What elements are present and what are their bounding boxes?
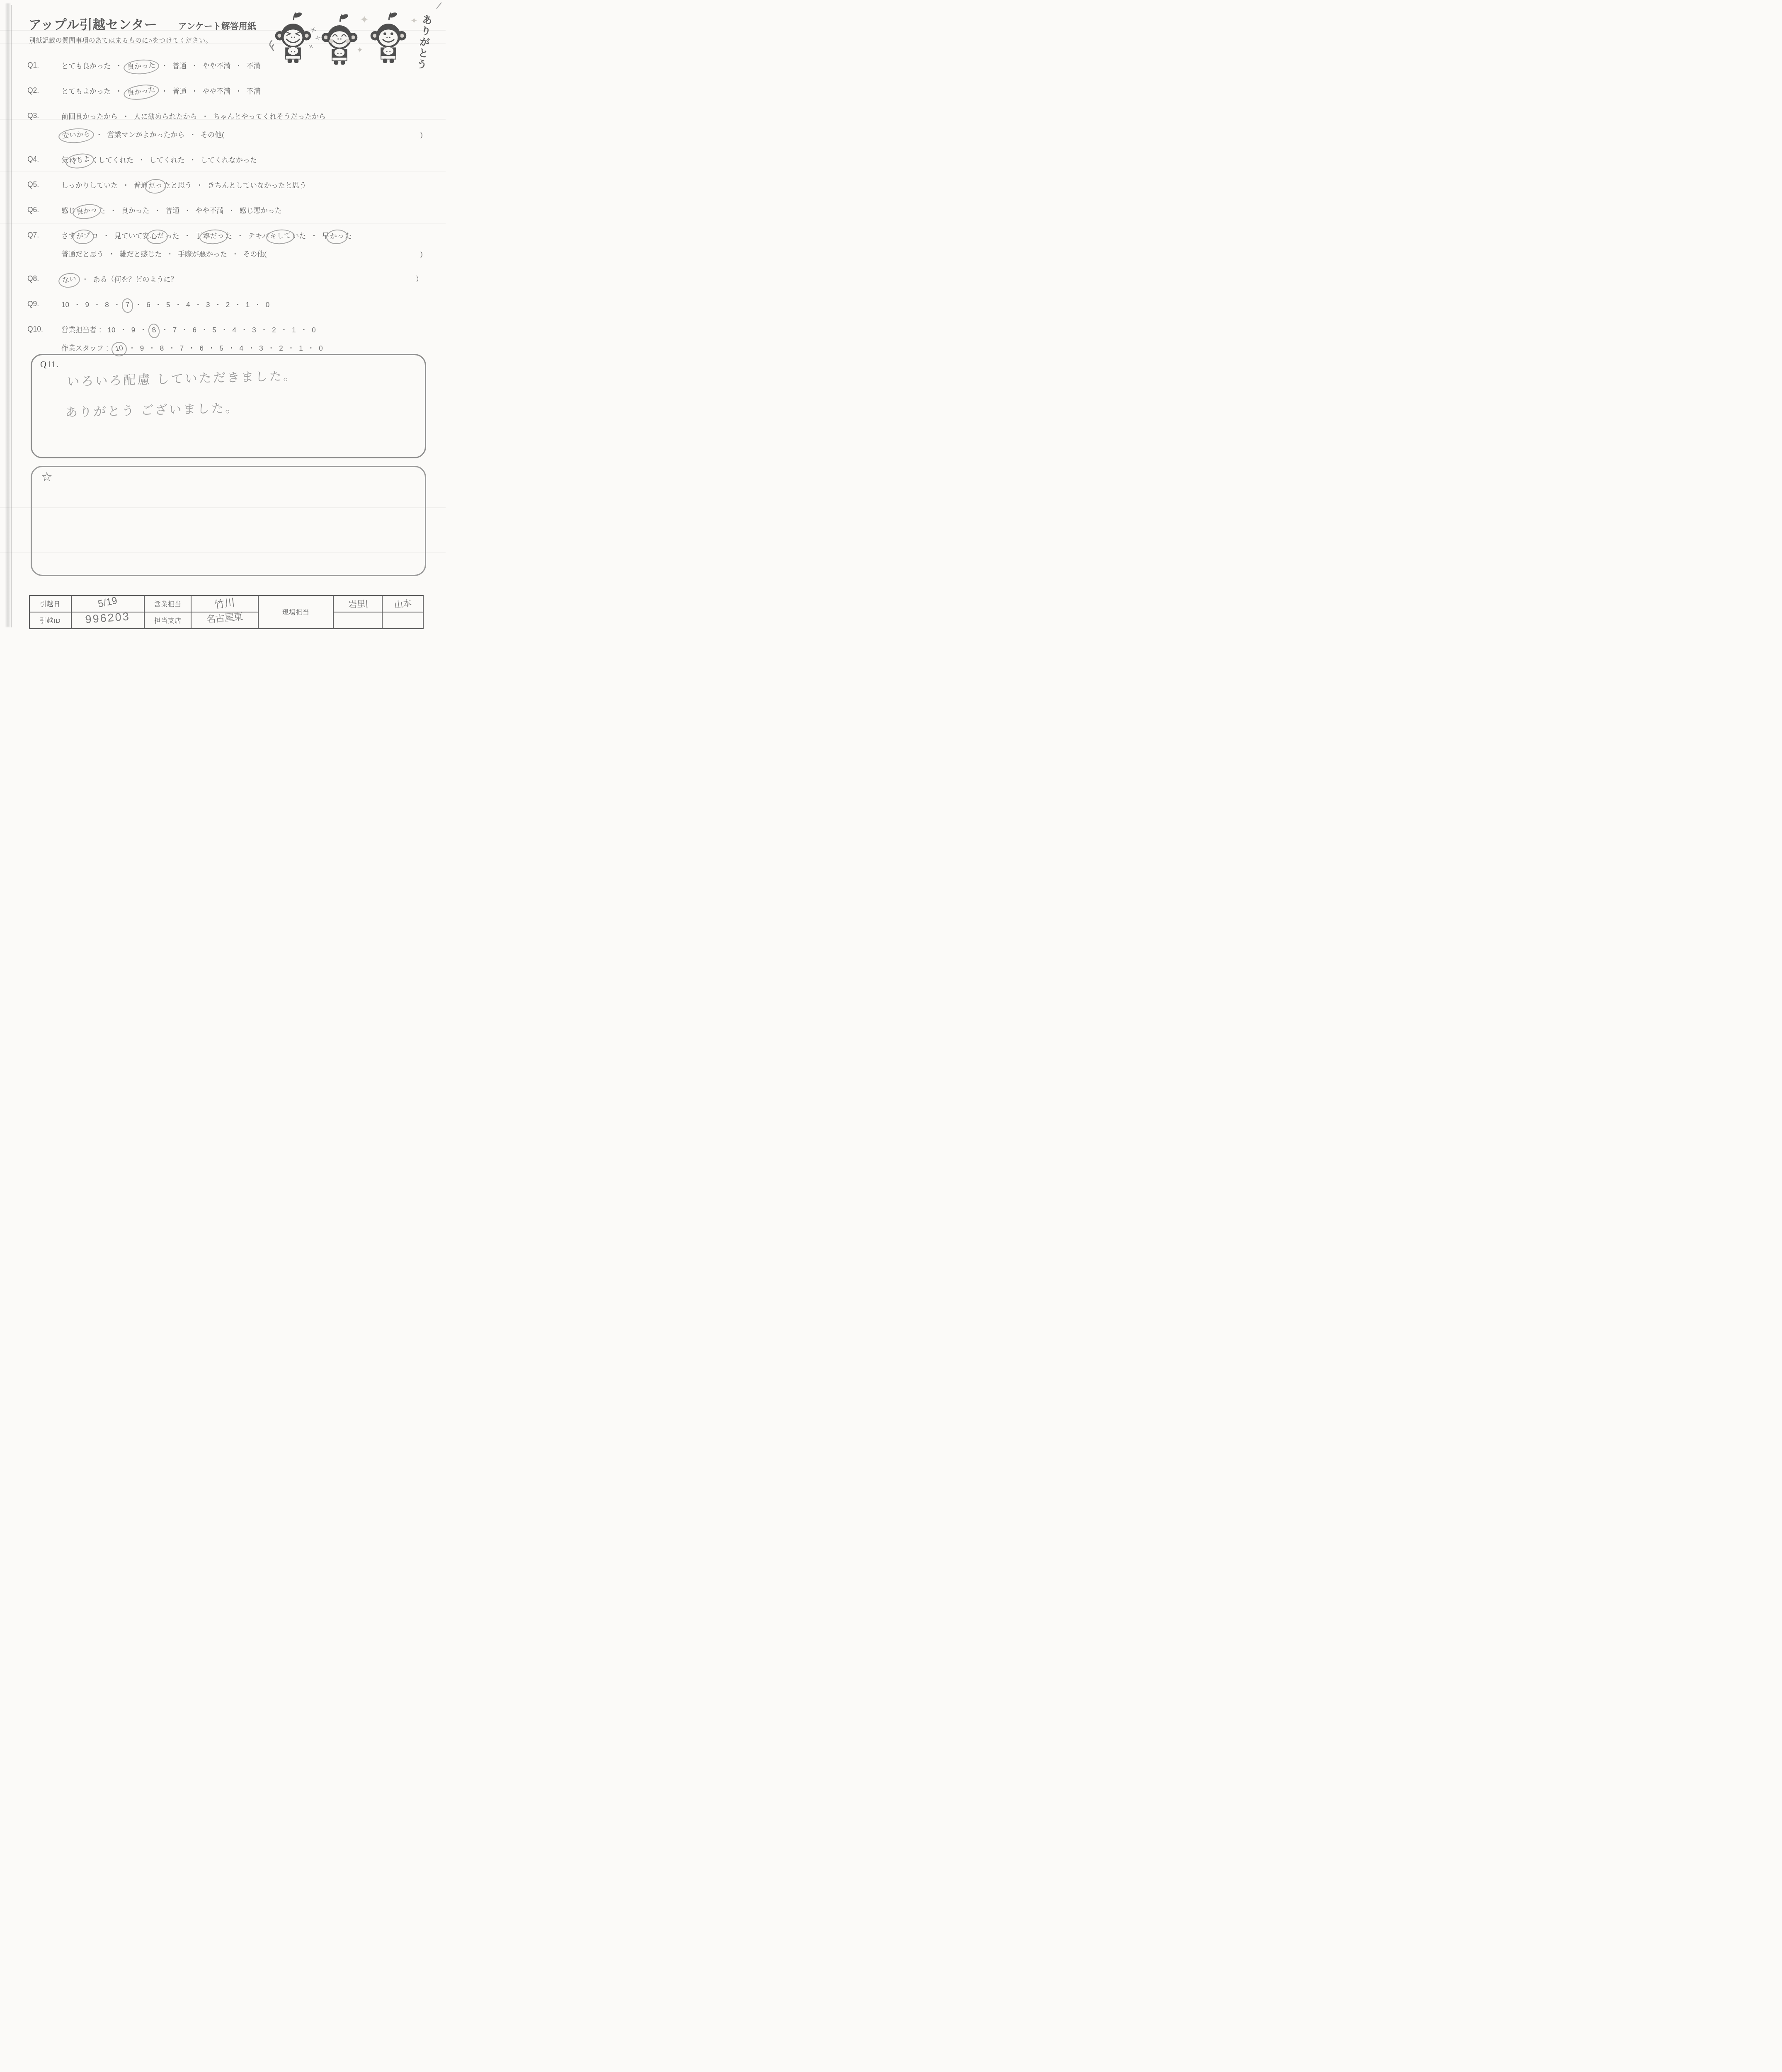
question-q7: Q7.さすがプロ ・ 見ていて安心だった ・ 丁寧だった ・ テキパキしていた … <box>27 231 424 260</box>
circled-option: 寧だっ <box>199 229 228 245</box>
question-options: しっかりしていた ・ 普通だったと思う ・ きちんとしていなかったと思う <box>61 180 424 191</box>
question-options: 10 ・ 9 ・ 8 ・ 7 ・ 6 ・ 5 ・ 4 ・ 3 ・ 2 ・ 1 ・… <box>61 300 424 310</box>
option-separator: ・ <box>256 326 272 334</box>
table-handwritten-cell <box>333 612 382 629</box>
option-separator: ・ <box>197 113 213 121</box>
monkey-smiling-icon <box>320 12 359 66</box>
option-text: 1 <box>246 301 250 309</box>
summary-table: 引越日5/19営業担当竹川現場担当岩里|山本引越ID996203担当支店名古屋東 <box>29 595 424 629</box>
option-text: 0 <box>266 301 269 309</box>
circled-option: ない <box>58 272 81 289</box>
table-label-cell: 引越ID <box>29 612 71 629</box>
option-separator: ・ <box>223 207 239 215</box>
option-text: しっかりしていた <box>61 182 118 189</box>
option-text: とてもよかった <box>61 87 111 95</box>
option-text: 2 <box>226 301 230 309</box>
table-handwritten-cell: 山本 <box>382 595 423 612</box>
sparkle-diamond-icon: ✦ <box>410 16 418 26</box>
option-text: 2 <box>279 344 283 352</box>
table-row: 引越ID996203担当支店名古屋東 <box>29 612 423 629</box>
option-separator: ・ <box>156 87 172 95</box>
scan-edge-line <box>11 5 12 627</box>
table-handwritten-cell: 竹川 <box>191 595 258 612</box>
option-separator: ・ <box>283 344 299 352</box>
option-separator: ・ <box>192 182 207 189</box>
question-options: 気持ちよくしてくれた ・ してくれた ・ してくれなかった <box>61 155 424 166</box>
handwritten-value: 山本 <box>393 596 412 611</box>
option-text: 3 <box>252 326 256 334</box>
option-text: やや不満 <box>202 87 230 95</box>
handwritten-value: 5/19 <box>97 595 119 610</box>
circled-option: 良かっ <box>72 202 102 220</box>
option-text: 5 <box>220 344 223 352</box>
option-text: 0 <box>312 326 315 334</box>
option-text: 6 <box>146 301 150 309</box>
option-separator: ・ <box>296 326 312 334</box>
handwritten-comment-line: いろいろ配慮 していただきました。 <box>67 366 298 390</box>
table-row: 引越日5/19営業担当竹川現場担当岩里|山本 <box>29 595 423 612</box>
option-separator: ・ <box>227 250 243 258</box>
question-options: とても良かった ・ 良かった ・ 普通 ・ やや不満 ・ 不満 <box>61 61 424 72</box>
option-text: 8 <box>160 344 164 352</box>
option-text: してくれなかった <box>201 156 257 164</box>
circled-option: がプ <box>72 229 95 245</box>
options-line: さすがプロ ・ 見ていて安心だった ・ 丁寧だった ・ テキパキしていた ・ 早… <box>61 231 424 242</box>
handwritten-comment: いろいろ配慮 していただきました。ありがとう ございました。 <box>67 366 299 433</box>
question-q10: Q10.営業担当者 ： 10 ・ 9 ・ 8 ・ 7 ・ 6 ・ 5 ・ 4 ・… <box>27 325 424 354</box>
option-separator: ・ <box>184 131 200 139</box>
question-options: とてもよかった ・ 良かった ・ 普通 ・ やや不満 ・ 不満 <box>61 86 424 97</box>
option-text: 2 <box>272 326 276 334</box>
option-separator: ・ <box>150 301 166 309</box>
table-label-cell: 担当支店 <box>144 612 191 629</box>
option-separator: ・ <box>69 301 85 309</box>
option-text: 5 <box>166 301 170 309</box>
option-separator: ・ <box>303 344 319 352</box>
option-text: たと思う <box>163 182 192 189</box>
options-line: 安いから ・ 営業マンがよかったから ・ その他() <box>61 130 424 140</box>
option-separator: ・ <box>196 326 212 334</box>
option-text: 4 <box>232 326 236 334</box>
option-separator: ・ <box>190 301 206 309</box>
option-text: ちゃんとやってくれそうだったから <box>213 113 326 121</box>
option-separator: ・ <box>104 250 119 258</box>
table-handwritten-cell: 名古屋東 <box>191 612 258 629</box>
option-text: 前回良かったから <box>61 113 118 121</box>
handwritten-value: 岩里| <box>348 597 368 610</box>
option-text: 3 <box>259 344 263 352</box>
monkey-laughing-icon <box>274 10 313 65</box>
question-options: さすがプロ ・ 見ていて安心だった ・ 丁寧だった ・ テキパキしていた ・ 早… <box>61 231 424 260</box>
question-label: Q4. <box>27 155 61 166</box>
circled-option: 安いから <box>58 127 95 144</box>
handwritten-value: 竹川 <box>213 594 236 612</box>
handwritten-value: 996203 <box>85 610 131 626</box>
option-text: 9 <box>140 344 144 352</box>
option-text: 8 <box>105 301 109 309</box>
option-separator: ・ <box>230 301 245 309</box>
option-separator: ・ <box>250 301 265 309</box>
option-text: 6 <box>193 326 196 334</box>
sparkle-diamond-icon: ✦ <box>356 46 363 55</box>
options-line: しっかりしていた ・ 普通だったと思う ・ きちんとしていなかったと思う <box>61 180 424 191</box>
instruction-text: 別紙記載の質問事項のあてはまるものに○をつけてください。 <box>29 36 212 45</box>
option-text: 0 <box>319 344 322 352</box>
question-q1: Q1.とても良かった ・ 良かった ・ 普通 ・ やや不満 ・ 不満 <box>27 61 424 72</box>
option-text: 見ていて安 <box>114 232 149 240</box>
option-text: 7 <box>180 344 184 352</box>
option-separator: ・ <box>236 326 252 334</box>
option-separator: ・ <box>179 232 195 240</box>
option-separator: ・ <box>216 326 232 334</box>
option-separator: ・ <box>184 156 200 164</box>
option-text: 手際が悪かった <box>178 250 227 258</box>
option-separator: ・ <box>232 232 248 240</box>
handwritten-value: 名古屋東 <box>206 609 243 626</box>
closing-paren: ) <box>420 249 423 260</box>
option-text: 7 <box>173 326 177 334</box>
option-text: 普通 <box>172 87 187 95</box>
option-separator: ・ <box>177 326 192 334</box>
free-note-box: ☆ <box>31 466 426 576</box>
circled-option: キして <box>266 229 295 245</box>
table-handwritten-cell: 5/19 <box>71 595 145 612</box>
question-q6: Q6.感じ良かった ・ 良かった ・ 普通 ・ やや不満 ・ 感じ悪かった <box>27 206 424 216</box>
survey-answer-sheet: アップル引越センター アンケート解答用紙 別紙記載の質問事項のあてはまるものに○… <box>0 0 446 629</box>
options-line: 感じ良かった ・ 良かった ・ 普通 ・ やや不満 ・ 感じ悪かった <box>61 206 424 216</box>
question-q8: Q8.ない ・ ある（何を？どのように？） <box>27 274 424 285</box>
star-icon: ☆ <box>41 470 53 484</box>
option-separator: ・ <box>115 326 131 334</box>
form-name: アンケート解答用紙 <box>178 19 256 32</box>
option-separator: ・ <box>243 344 259 352</box>
option-text: 9 <box>85 301 89 309</box>
option-text: 営業担当者 <box>61 326 97 334</box>
circled-option: 7 <box>121 298 134 313</box>
question-options: 感じ良かった ・ 良かった ・ 普通 ・ やや不満 ・ 感じ悪かった <box>61 206 424 216</box>
comment-box-label: Q11. <box>40 359 59 370</box>
option-separator: ・ <box>230 62 246 70</box>
question-label: Q2. <box>27 86 61 97</box>
options-line: ない ・ ある（何を？どのように？） <box>61 274 424 285</box>
table-label-cell: 引越日 <box>29 595 71 612</box>
question-label: Q9. <box>27 300 61 310</box>
option-text: 4 <box>239 344 243 352</box>
option-text: やや不満 <box>195 207 223 215</box>
option-separator: ・ <box>184 344 199 352</box>
option-separator: ・ <box>89 301 105 309</box>
question-q2: Q2.とてもよかった ・ 良かった ・ 普通 ・ やや不満 ・ 不満 <box>27 86 424 97</box>
question-q5: Q5.しっかりしていた ・ 普通だったと思う ・ きちんとしていなかったと思う <box>27 180 424 191</box>
option-separator: ・ <box>276 326 292 334</box>
option-text: 10 <box>61 301 69 309</box>
options-line: 営業担当者 ： 10 ・ 9 ・ 8 ・ 7 ・ 6 ・ 5 ・ 4 ・ 3 ・… <box>61 325 424 336</box>
option-separator: ・ <box>98 232 114 240</box>
question-label: Q3. <box>27 111 61 140</box>
option-separator: ・ <box>223 344 239 352</box>
option-separator: ・ <box>187 87 202 95</box>
table-handwritten-cell: 996203 <box>71 612 145 629</box>
option-separator: ・ <box>210 301 225 309</box>
sparkle-diamond-icon: ✦ <box>360 13 369 26</box>
option-text: 普通だと思う <box>61 250 104 258</box>
option-separator: ・ <box>162 250 177 258</box>
option-text: 5 <box>213 326 216 334</box>
question-q3: Q3.前回良かったから ・ 人に勧められたから ・ ちゃんとやってくれそうだった… <box>27 111 424 140</box>
option-text: 6 <box>200 344 204 352</box>
option-text: してくれた <box>149 156 184 164</box>
option-text: 1 <box>292 326 296 334</box>
question-list: Q1.とても良かった ・ 良かった ・ 普通 ・ やや不満 ・ 不満Q2.とても… <box>27 61 424 368</box>
option-separator: ・ <box>133 156 149 164</box>
option-text: 営業マンがよかったから <box>107 131 184 139</box>
option-separator: ・ <box>118 182 133 189</box>
question-options: 前回良かったから ・ 人に勧められたから ・ ちゃんとやってくれそうだったから安… <box>61 111 424 140</box>
question-label: Q5. <box>27 180 61 191</box>
option-separator: ・ <box>105 207 121 215</box>
options-line: 10 ・ 9 ・ 8 ・ 7 ・ 6 ・ 5 ・ 4 ・ 3 ・ 2 ・ 1 ・… <box>61 300 424 310</box>
closing-paren: ) <box>420 130 423 140</box>
company-logo-title: アップル引越センター <box>29 14 157 33</box>
question-q9: Q9.10 ・ 9 ・ 8 ・ 7 ・ 6 ・ 5 ・ 4 ・ 3 ・ 2 ・ … <box>27 300 424 310</box>
option-text: 不満 <box>247 62 261 70</box>
table-label-cell: 現場担当 <box>258 595 333 629</box>
question-label: Q8. <box>27 274 61 285</box>
scan-corner-mark <box>436 2 441 9</box>
options-line: 前回良かったから ・ 人に勧められたから ・ ちゃんとやってくれそうだったから <box>61 111 424 122</box>
table-handwritten-cell <box>382 612 423 629</box>
handwritten-comment-line: ありがとう ございました。 <box>65 396 299 421</box>
option-text: 9 <box>131 326 135 334</box>
question-label: Q7. <box>27 231 61 260</box>
circled-option: 8 <box>147 323 160 339</box>
option-text: やや不満 <box>202 62 230 70</box>
options-line: とても良かった ・ 良かった ・ 普通 ・ やや不満 ・ 不満 <box>61 61 424 72</box>
options-line: とてもよかった ・ 良かった ・ 普通 ・ やや不満 ・ 不満 <box>61 86 424 97</box>
option-text: 3 <box>206 301 210 309</box>
circled-option: 良かった <box>123 58 160 75</box>
option-text: 普通 <box>172 62 187 70</box>
options-line: 作業スタッフ ： 10 ・ 9 ・ 8 ・ 7 ・ 6 ・ 5 ・ 4 ・ 3 … <box>61 343 424 354</box>
question-q4: Q4.気持ちよくしてくれた ・ してくれた ・ してくれなかった <box>27 155 424 166</box>
question-label: Q10. <box>27 325 61 354</box>
option-text: 普通 <box>165 207 179 215</box>
option-text: ある（何を？どのように？ <box>93 276 177 283</box>
option-separator: ・ <box>164 344 179 352</box>
option-separator: ・ <box>306 232 322 240</box>
option-separator: ・ <box>263 344 279 352</box>
option-separator: ・ <box>179 207 195 215</box>
circled-option: だっ <box>144 178 167 194</box>
option-text: 良かった <box>121 207 149 215</box>
option-text: とても良かった <box>61 62 111 70</box>
option-text: 不満 <box>247 87 261 95</box>
option-separator: ・ <box>118 113 133 121</box>
scan-streak-artifact <box>5 3 11 627</box>
comment-box: Q11. いろいろ配慮 していただきました。ありがとう ございました。 <box>31 354 426 458</box>
circled-option: 心だ <box>146 229 168 245</box>
options-line: 気持ちよくしてくれた ・ してくれた ・ してくれなかった <box>61 155 424 166</box>
closing-paren: ） <box>416 274 423 285</box>
option-text: きちんとしていなかったと思う <box>208 182 306 189</box>
option-text: その他( <box>201 131 224 139</box>
option-text: その他( <box>243 250 267 258</box>
option-text: 1 <box>299 344 303 352</box>
question-label: Q6. <box>27 206 61 216</box>
option-text: 雑だと感じた <box>119 250 162 258</box>
option-text: 10 <box>107 326 115 334</box>
option-separator: ・ <box>170 301 186 309</box>
table-label-cell: 営業担当 <box>144 595 191 612</box>
options-line: 普通だと思う ・ 雑だと感じた ・ 手際が悪かった ・ その他() <box>61 249 424 260</box>
circled-option: 持ちよ <box>65 152 95 170</box>
option-separator: ・ <box>144 344 160 352</box>
circled-option: 良かった <box>123 82 160 102</box>
circled-option: かっ <box>326 229 348 245</box>
question-options: ない ・ ある（何を？どのように？） <box>61 274 424 285</box>
option-text: ： <box>97 326 107 334</box>
option-text: 感じ悪かった <box>240 207 282 215</box>
option-text: 作業スタッフ <box>61 344 104 352</box>
option-separator: ・ <box>149 207 165 215</box>
option-separator: ・ <box>187 62 202 70</box>
question-options: 営業担当者 ： 10 ・ 9 ・ 8 ・ 7 ・ 6 ・ 5 ・ 4 ・ 3 ・… <box>61 325 424 354</box>
monkey-open-eyes-icon <box>369 10 408 65</box>
table-handwritten-cell: 岩里| <box>333 595 382 612</box>
option-text: くしてくれた <box>91 156 133 164</box>
option-separator: ・ <box>230 87 246 95</box>
option-text: 人に勧められたから <box>133 113 197 121</box>
motion-lines-icon <box>267 40 274 56</box>
option-separator: ・ <box>204 344 219 352</box>
question-label: Q1. <box>27 61 61 72</box>
